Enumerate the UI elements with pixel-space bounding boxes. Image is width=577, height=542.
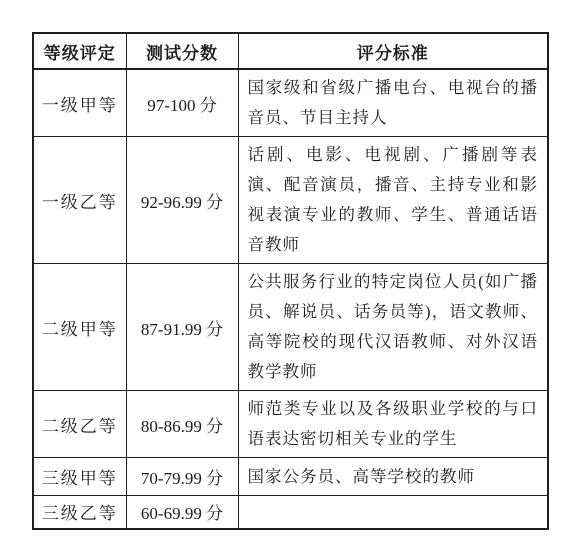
- level-cell: 一级乙等: [33, 137, 126, 264]
- criteria-cell: 国家公务员、高等学校的教师: [238, 458, 548, 496]
- header-level: 等级评定: [33, 33, 126, 69]
- header-criteria: 评分标准: [238, 33, 548, 69]
- score-cell: 87-91.99 分: [126, 264, 238, 391]
- level-cell: 一级甲等: [33, 69, 126, 137]
- table-row: 三级乙等 60-69.99 分: [33, 496, 548, 529]
- level-cell: 二级甲等: [33, 264, 126, 391]
- level-cell: 三级乙等: [33, 496, 126, 529]
- header-score: 测试分数: [126, 33, 238, 69]
- score-cell: 92-96.99 分: [126, 137, 238, 264]
- header-row: 等级评定 测试分数 评分标准: [33, 33, 548, 69]
- level-cell: 二级乙等: [33, 391, 126, 458]
- level-cell: 三级甲等: [33, 458, 126, 496]
- score-cell: 70-79.99 分: [126, 458, 238, 496]
- table-row: 二级乙等 80-86.99 分 师范类专业以及各级职业学校的与口语表达密切相关专…: [33, 391, 548, 458]
- criteria-cell: 国家级和省级广播电台、电视台的播音员、节目主持人: [238, 69, 548, 137]
- table-row: 二级甲等 87-91.99 分 公共服务行业的特定岗位人员(如广播员、解说员、话…: [33, 264, 548, 391]
- proficiency-table: 等级评定 测试分数 评分标准 一级甲等 97-100 分 国家级和省级广播电台、…: [32, 32, 549, 530]
- criteria-cell: 公共服务行业的特定岗位人员(如广播员、解说员、话务员等)，语文教师、高等院校的现…: [238, 264, 548, 391]
- score-cell: 80-86.99 分: [126, 391, 238, 458]
- criteria-cell: [238, 496, 548, 529]
- table-row: 一级甲等 97-100 分 国家级和省级广播电台、电视台的播音员、节目主持人: [33, 69, 548, 137]
- criteria-cell: 师范类专业以及各级职业学校的与口语表达密切相关专业的学生: [238, 391, 548, 458]
- criteria-cell: 话剧、电影、电视剧、广播剧等表演、配音演员，播音、主持专业和影视表演专业的教师、…: [238, 137, 548, 264]
- score-cell: 97-100 分: [126, 69, 238, 137]
- table-row: 三级甲等 70-79.99 分 国家公务员、高等学校的教师: [33, 458, 548, 496]
- score-cell: 60-69.99 分: [126, 496, 238, 529]
- table-row: 一级乙等 92-96.99 分 话剧、电影、电视剧、广播剧等表演、配音演员，播音…: [33, 137, 548, 264]
